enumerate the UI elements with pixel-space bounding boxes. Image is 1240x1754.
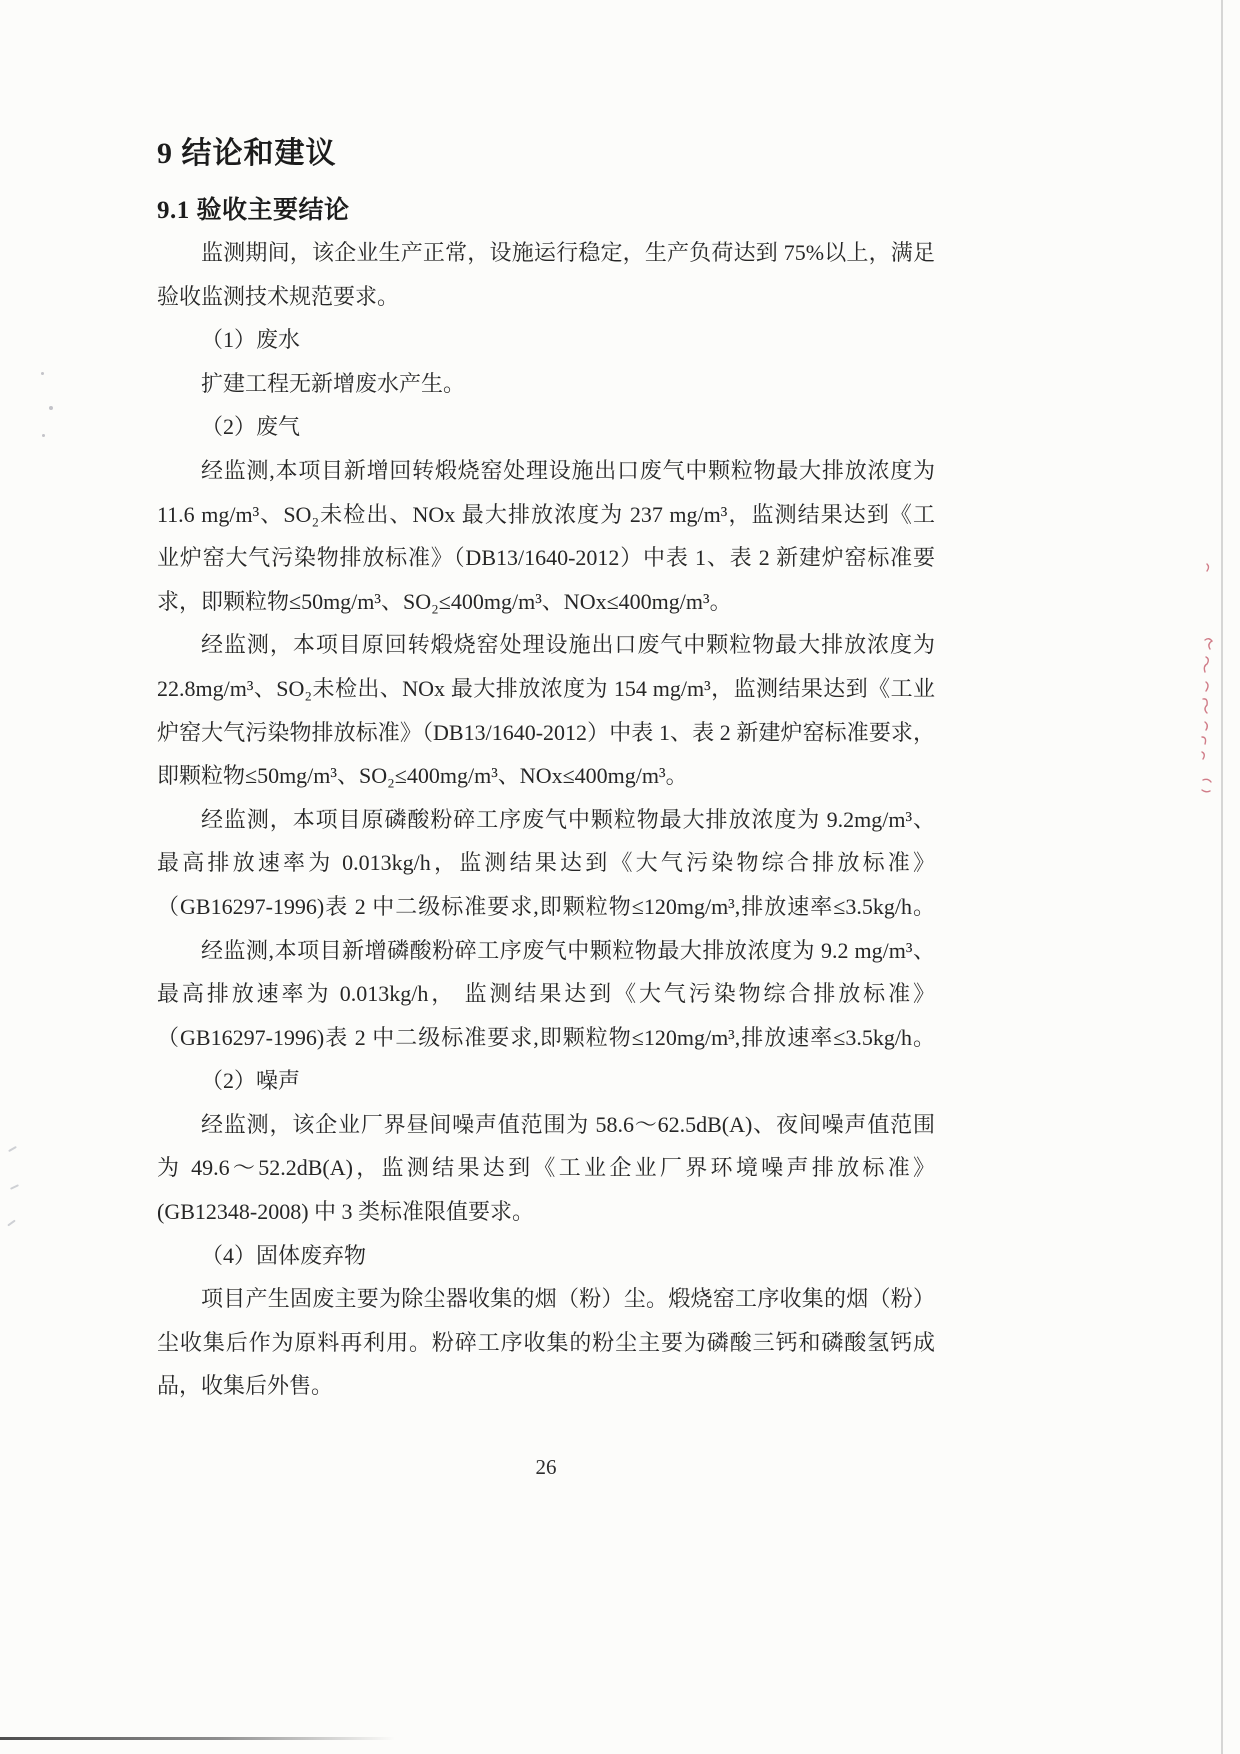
- scanned-document-page: 9 结论和建议 9.1 验收主要结论 监测期间，该企业生产正常，设施运行稳定，生…: [0, 0, 1240, 1754]
- text-line: 经监测,本项目新增磷酸粉碎工序废气中颗粒物最大排放浓度为 9.2 mg/m³、: [157, 929, 935, 973]
- text-line: (GB12348-2008) 中 3 类标准限值要求。: [157, 1190, 935, 1234]
- text-line: 求，即颗粒物≤50mg/m³、SO₂≤400mg/m³、NOx≤400mg/m³…: [157, 580, 935, 624]
- text-line: 即颗粒物≤50mg/m³、SO₂≤400mg/m³、NOx≤400mg/m³。: [157, 754, 935, 798]
- text-line: 最高排放速率为 0.013kg/h，监测结果达到《大气污染物综合排放标准》: [157, 841, 935, 885]
- subsection-heading: 9.1 验收主要结论: [157, 190, 350, 226]
- text-line: 经监测，本项目原回转煅烧窑处理设施出口废气中颗粒物最大排放浓度为: [157, 623, 935, 667]
- red-ink-squiggle: [1202, 564, 1212, 792]
- scan-bottom-artifact: [0, 1737, 395, 1740]
- text-block: 监测期间，该企业生产正常，设施运行稳定，生产负荷达到 75%以上，满足验收监测技…: [157, 231, 935, 1408]
- text-line: （1）废水: [157, 318, 935, 362]
- text-line: 业炉窑大气污染物排放标准》（DB13/1640-2012）中表 1、表 2 新建…: [157, 536, 935, 580]
- text-line: （2）噪声: [157, 1059, 935, 1103]
- text-line: （GB16297-1996)表 2 中二级标准要求,即颗粒物≤120mg/m³,…: [157, 885, 935, 929]
- text-line: （2）废气: [157, 405, 935, 449]
- text-line: 验收监测技术规范要求。: [157, 275, 935, 319]
- text-line: 项目产生固废主要为除尘器收集的烟（粉）尘。煅烧窑工序收集的烟（粉）: [157, 1277, 935, 1321]
- pencil-mark: [8, 1146, 17, 1152]
- pencil-mark: [7, 1220, 16, 1227]
- text-line: 经监测，本项目原磷酸粉碎工序废气中颗粒物最大排放浓度为 9.2mg/m³、: [157, 798, 935, 842]
- text-line: 炉窑大气污染物排放标准》（DB13/1640-2012）中表 1、表 2 新建炉…: [157, 711, 935, 755]
- section-heading: 9 结论和建议: [157, 128, 337, 172]
- scan-speck: [49, 406, 53, 410]
- text-line: 扩建工程无新增废水产生。: [157, 362, 935, 406]
- text-line: 最高排放速率为 0.013kg/h， 监测结果达到《大气污染物综合排放标准》: [157, 972, 935, 1016]
- text-line: 尘收集后作为原料再利用。粉碎工序收集的粉尘主要为磷酸三钙和磷酸氢钙成: [157, 1321, 935, 1365]
- text-line: 11.6 mg/m³、SO₂未检出、NOx 最大排放浓度为 237 mg/m³，…: [157, 493, 935, 537]
- handwritten-margin-annotation: [1193, 552, 1219, 822]
- page-number: 26: [157, 1455, 935, 1480]
- text-line: 22.8mg/m³、SO₂未检出、NOx 最大排放浓度为 154 mg/m³，监…: [157, 667, 935, 711]
- text-line: 监测期间，该企业生产正常，设施运行稳定，生产负荷达到 75%以上，满足: [157, 231, 935, 275]
- text-line: 经监测，该企业厂界昼间噪声值范围为 58.6～62.5dB(A)、夜间噪声值范围: [157, 1103, 935, 1147]
- text-line: 为 49.6～52.2dB(A)，监测结果达到《工业企业厂界环境噪声排放标准》: [157, 1146, 935, 1190]
- text-line: 品，收集后外售。: [157, 1364, 935, 1408]
- text-line: 经监测,本项目新增回转煅烧窑处理设施出口废气中颗粒物最大排放浓度为: [157, 449, 935, 493]
- scan-speck: [41, 372, 44, 375]
- pencil-mark: [10, 1184, 19, 1190]
- text-line: （GB16297-1996)表 2 中二级标准要求,即颗粒物≤120mg/m³,…: [157, 1016, 935, 1060]
- text-line: （4）固体废弃物: [157, 1234, 935, 1278]
- scan-edge-line: [1221, 0, 1223, 1754]
- scan-speck: [42, 434, 45, 437]
